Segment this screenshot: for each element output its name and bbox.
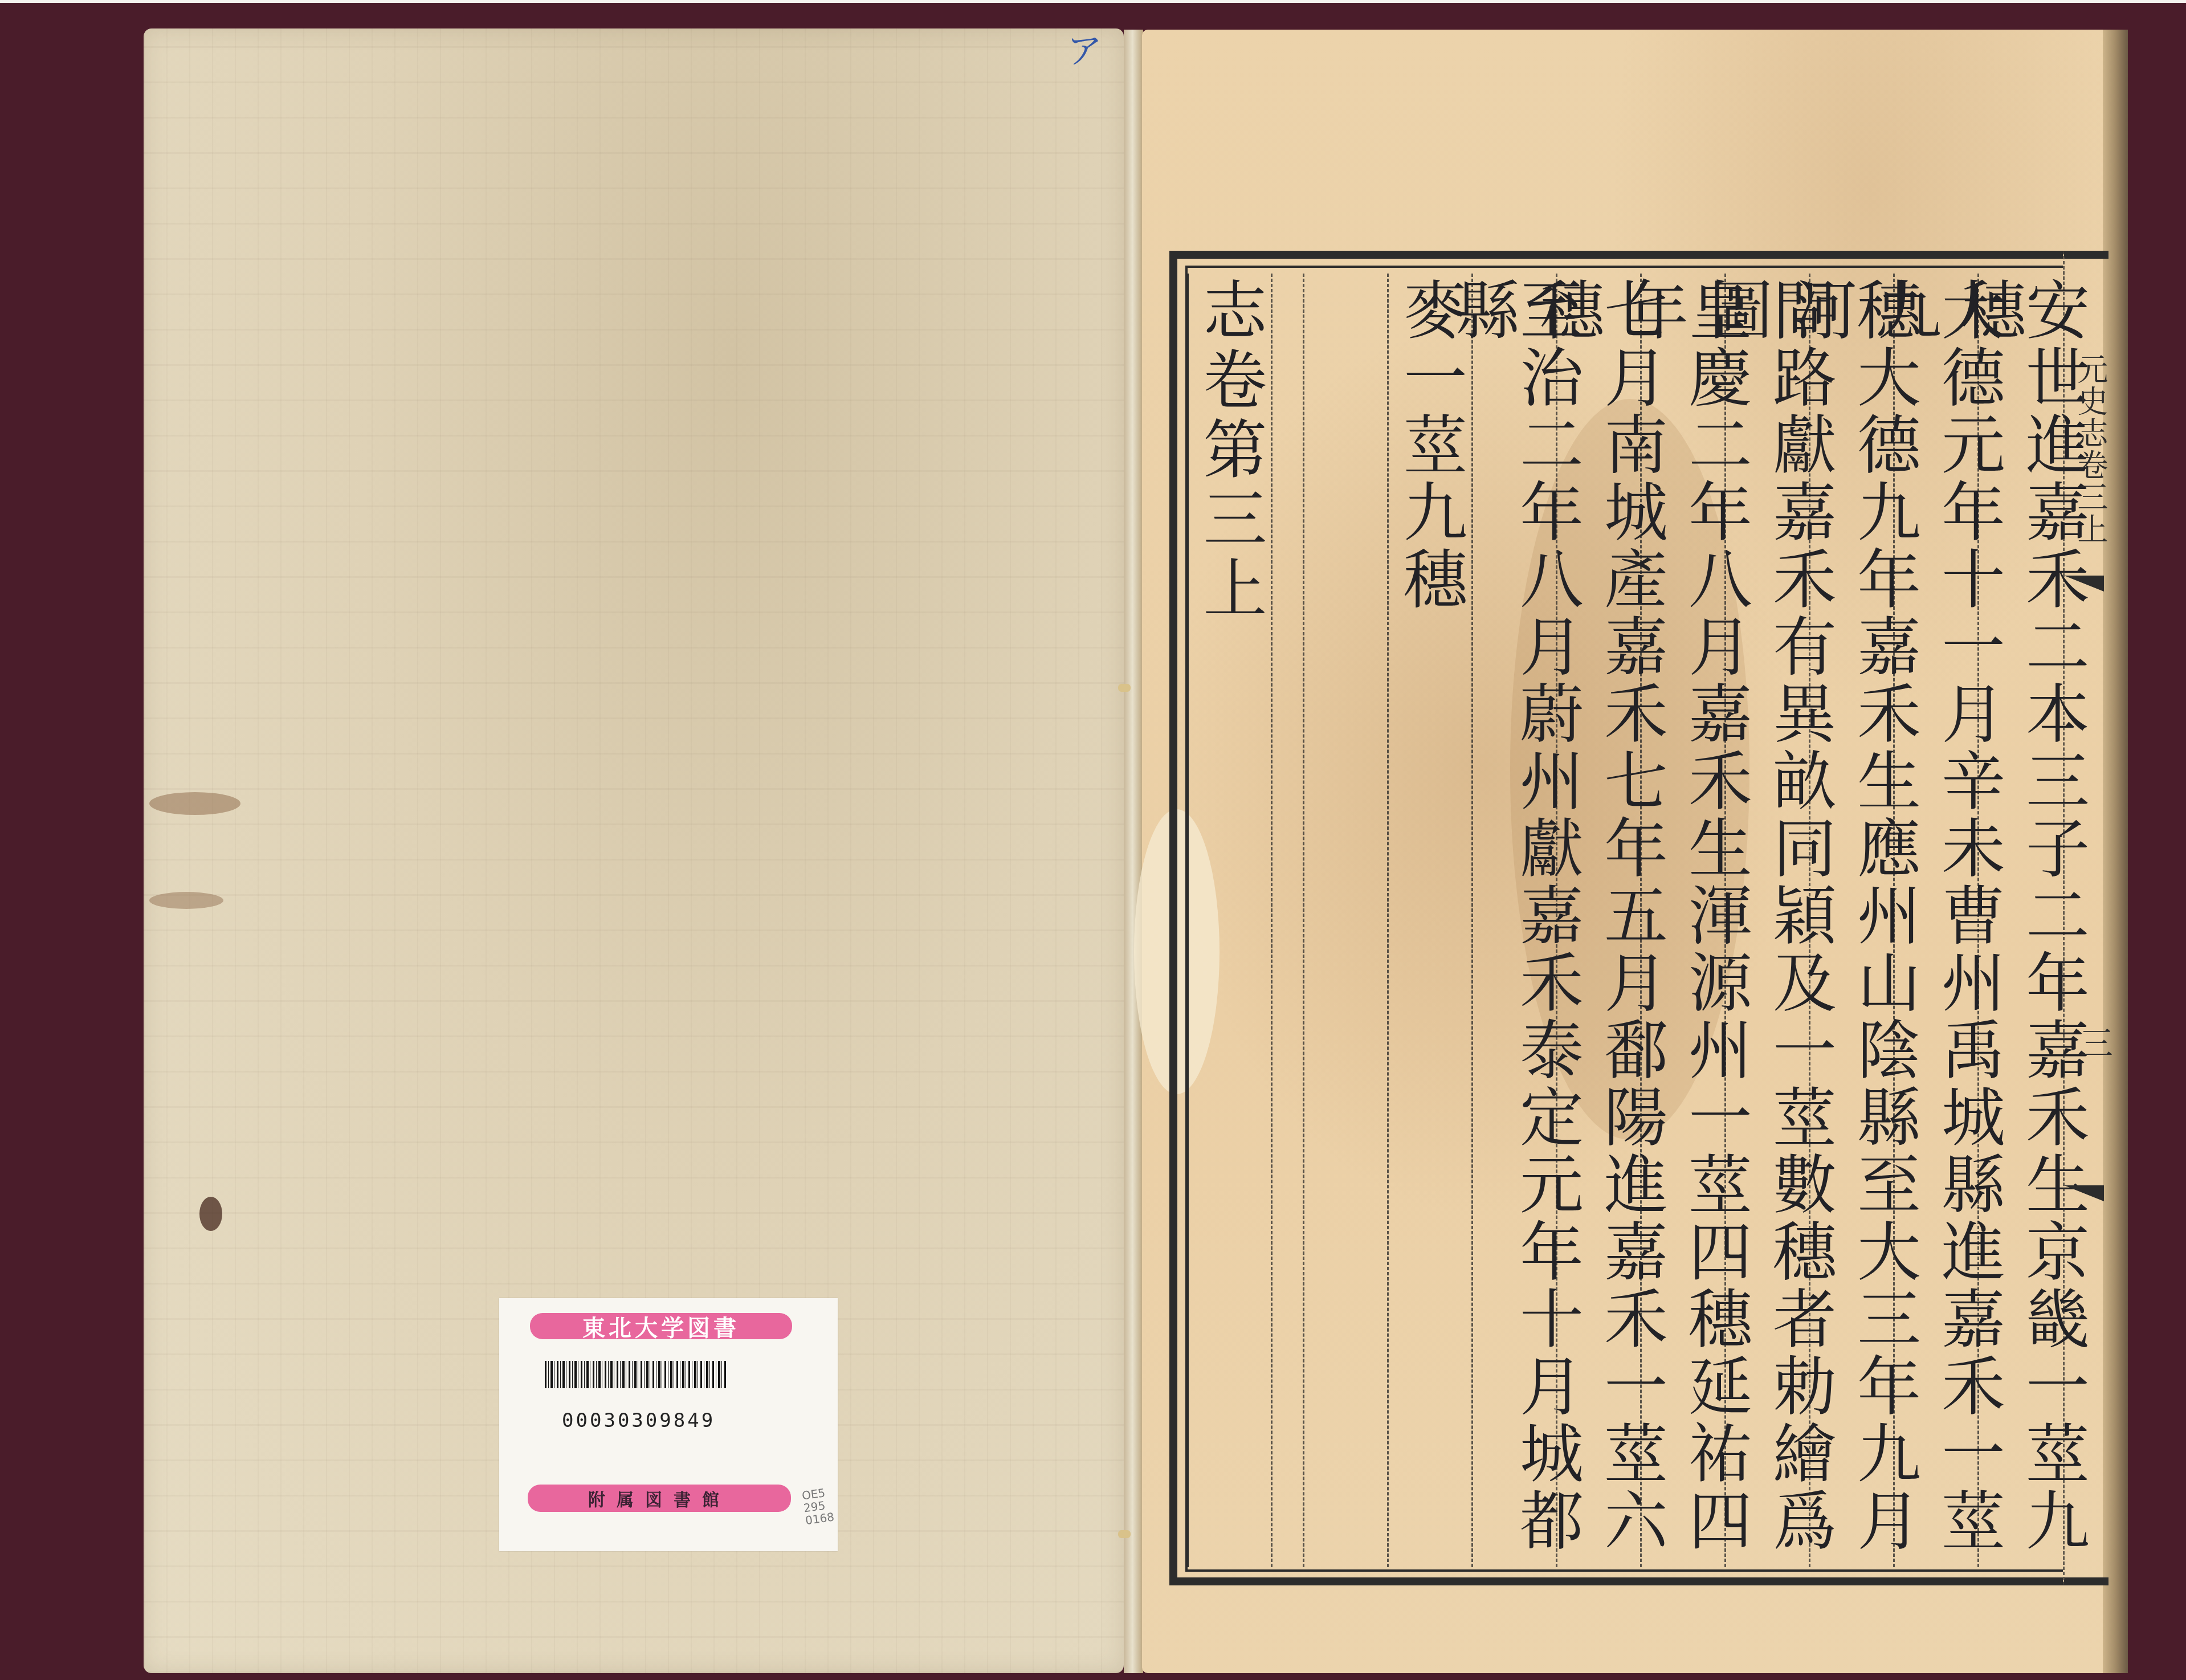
text-column-9 (1303, 274, 1387, 1567)
scan-top-band (0, 0, 2186, 3)
barcode-number: 00030309849 (562, 1409, 715, 1432)
banxin-page-number: 三 (2070, 1026, 2118, 1059)
label-institution-banner: 東北大学図書 (530, 1313, 792, 1339)
fishtail-mark-lower-icon (2064, 1185, 2104, 1201)
column-text: 麥一莖九穗 (1398, 277, 1462, 613)
left-page-stain (199, 1197, 222, 1231)
handwritten-annotation-mark: ア (1067, 23, 1102, 74)
text-column-spacer (1271, 274, 1303, 1567)
left-page-stain (149, 792, 240, 815)
chapter-title: 志卷第三上 (1198, 277, 1262, 625)
binding-thread (1118, 684, 1131, 692)
binding-thread (1118, 1530, 1131, 1538)
text-column-8: 麥一莖九穗 (1387, 274, 1471, 1567)
banxin-title: 元史志卷三上 (2069, 353, 2112, 545)
label-institution-name: 東北大学図書 (582, 1310, 740, 1343)
chapter-title-column: 志卷第三上 (1186, 274, 1271, 1567)
handwritten-call-number: OE5 295 0168 (801, 1486, 836, 1527)
fishtail-mark-upper-icon (2064, 576, 2104, 592)
label-department-banner: 附属図書館 (528, 1485, 791, 1512)
label-department-name: 附属図書館 (588, 1486, 731, 1511)
barcode-icon (545, 1361, 727, 1388)
book-gutter (1124, 30, 1143, 1673)
text-column-7: 至治二年八月蔚州獻嘉禾泰定元年十月城都縣 (1471, 274, 1556, 1567)
left-page-stain (149, 892, 223, 909)
library-barcode-label: 東北大学図書 00030309849 附属図書館 (499, 1298, 838, 1551)
